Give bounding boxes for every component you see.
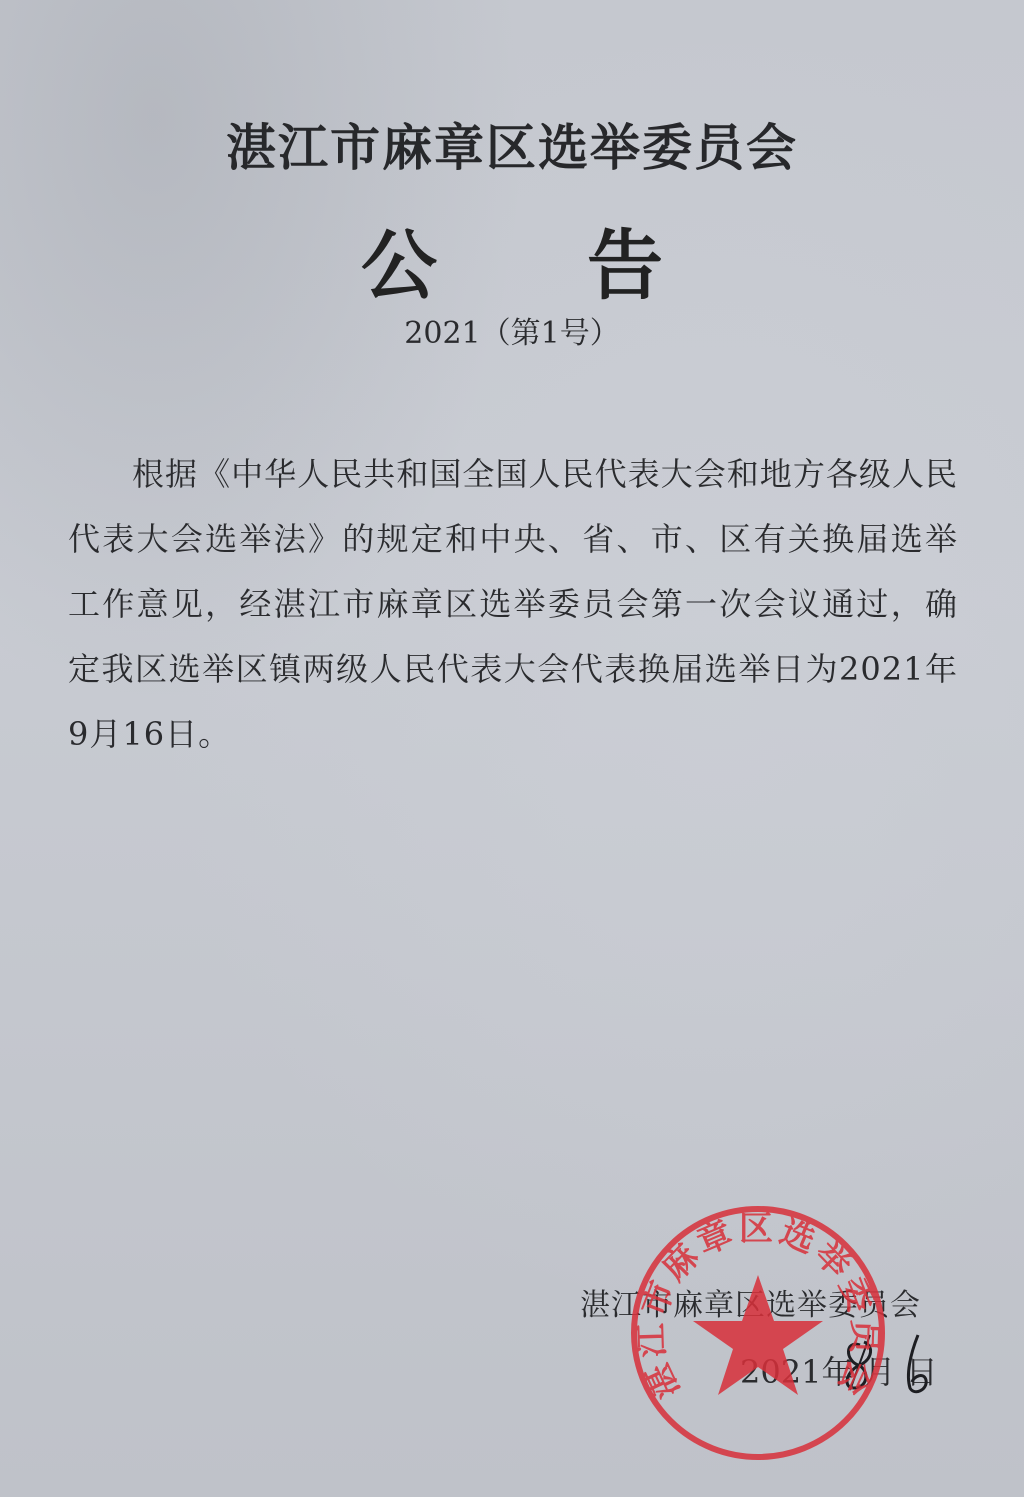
notice-body: 根据《中华人民共和国全国人民代表大会和地方各级人民代表大会选举法》的规定和中央、… xyxy=(68,442,958,767)
issuer-title: 湛江市麻章区选举委员会 xyxy=(0,108,1024,180)
signature-date: 2021年 月 日 xyxy=(740,1347,938,1393)
signature-organization: 湛江市麻章区选举委员会 xyxy=(580,1280,921,1324)
notice-heading-char-1: 公 xyxy=(361,205,437,314)
notice-heading-char-2: 告 xyxy=(587,205,663,314)
notice-document: 湛江市麻章区选举委员会 公告 2021（第1号） 根据《中华人民共和国全国人民代… xyxy=(0,0,1024,1497)
notice-heading: 公告 xyxy=(0,205,1024,314)
document-number: 2021（第1号） xyxy=(0,308,1024,352)
official-seal-icon: 湛江市麻章区选举委员会 xyxy=(628,1203,888,1463)
